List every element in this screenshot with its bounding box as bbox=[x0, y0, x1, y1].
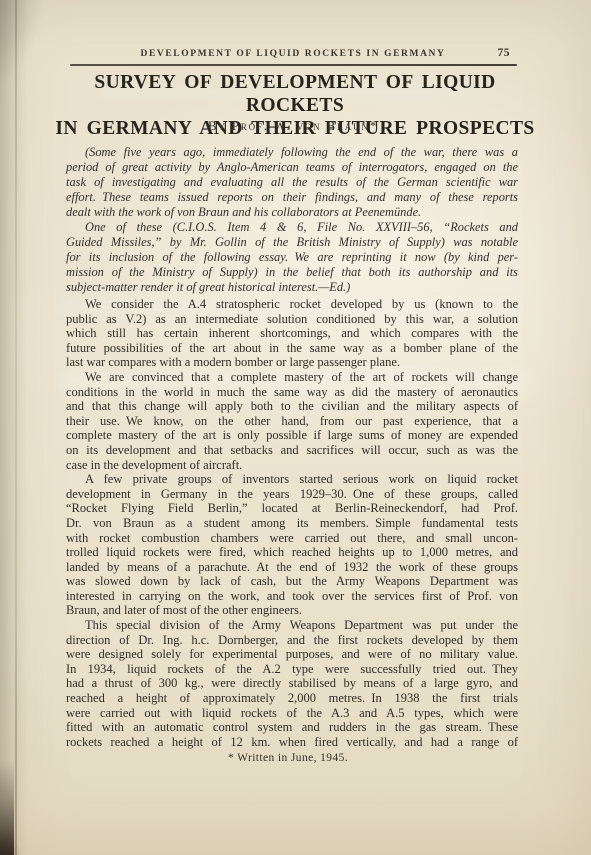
text-line: mission of the Ministry of Supply) in th… bbox=[66, 265, 518, 280]
footnote: * Written in June, 1945. bbox=[68, 752, 508, 764]
text-line: Braun, and later of most of the other en… bbox=[66, 603, 518, 618]
text-line: were designed solely for experimental pu… bbox=[66, 647, 518, 662]
text-line: trolled liquid rockets were fired, which… bbox=[66, 545, 518, 560]
text-line: and that this change will apply both to … bbox=[66, 399, 518, 414]
text-line: Dr. von Braun as a student among its mem… bbox=[66, 516, 518, 531]
text-line: development in Germany in the years 1929… bbox=[66, 487, 518, 502]
editorial-paragraph-1: (Some five years ago, immediately follow… bbox=[66, 145, 518, 220]
running-head-title: DEVELOPMENT OF LIQUID ROCKETS IN GERMANY bbox=[68, 49, 518, 59]
text-line: which still has certain inherent shortco… bbox=[66, 326, 518, 341]
text-line: This special division of the Army Weapon… bbox=[66, 618, 518, 633]
essay-body: We consider the A.4 stratospheric rocket… bbox=[66, 297, 518, 749]
text-line: had a thrust of 300 kg., were directly s… bbox=[66, 676, 518, 691]
page-number: 75 bbox=[498, 47, 511, 59]
text-line: reached a height of approximately 2,000 … bbox=[66, 691, 518, 706]
text-line: One of these (C.I.O.S. Item 4 & 6, File … bbox=[66, 220, 518, 235]
scanned-book-page: DEVELOPMENT OF LIQUID ROCKETS IN GERMANY… bbox=[0, 0, 591, 855]
text-line: “Rocket Flying Field Berlin,” located at… bbox=[66, 501, 518, 516]
text-line: direction of Dr. Ing. h.c. Dornberger, a… bbox=[66, 633, 518, 648]
body-paragraph-1: We consider the A.4 stratospheric rocket… bbox=[66, 297, 518, 370]
text-line: conditions in the world in much the same… bbox=[66, 385, 518, 400]
text-line: (Some five years ago, immediately follow… bbox=[66, 145, 518, 160]
byline: By Prof. W. von Braun* bbox=[68, 118, 518, 134]
text-line: We are convinced that a complete mastery… bbox=[66, 370, 518, 385]
body-paragraph-3: A few private groups of inventors starte… bbox=[66, 472, 518, 618]
text-line: We consider the A.4 stratospheric rocket… bbox=[66, 297, 518, 312]
text-line: public as V.2) as an intermediate soluti… bbox=[66, 312, 518, 327]
editorial-paragraph-2: One of these (C.I.O.S. Item 4 & 6, File … bbox=[66, 220, 518, 295]
text-line: was slowed down by lack of cash, but the… bbox=[66, 574, 518, 589]
text-line: landed by means of a parachute. At the e… bbox=[66, 560, 518, 575]
text-line: subject-matter render it of great histor… bbox=[66, 280, 518, 295]
top-left-edge-shadow bbox=[0, 0, 60, 190]
body-paragraph-4: This special division of the Army Weapon… bbox=[66, 618, 518, 749]
text-line: interested in carrying on the work, and … bbox=[66, 589, 518, 604]
text-line: were carried out with liquid rockets of … bbox=[66, 706, 518, 721]
text-line: complete mastery of the art is only poss… bbox=[66, 428, 518, 443]
bottom-left-page-edge bbox=[0, 760, 14, 855]
text-line: effort. These teams issued reports on th… bbox=[66, 190, 518, 205]
text-line: for its inclusion of the following essay… bbox=[66, 250, 518, 265]
text-line: Guided Missiles,” by Mr. Gollin of the B… bbox=[66, 235, 518, 250]
text-line: last war compares with a modern bomber o… bbox=[66, 355, 518, 370]
body-paragraph-2: We are convinced that a complete mastery… bbox=[66, 370, 518, 472]
editorial-note: (Some five years ago, immediately follow… bbox=[66, 145, 518, 295]
text-line: rockets reached a height of 12 km. when … bbox=[66, 735, 518, 750]
running-head: DEVELOPMENT OF LIQUID ROCKETS IN GERMANY… bbox=[68, 49, 518, 63]
text-line: case in the development of aircraft. bbox=[66, 458, 518, 473]
text-line: task of investigating and evaluating all… bbox=[66, 175, 518, 190]
text-line: with rocket combustion chambers were car… bbox=[66, 531, 518, 546]
text-line: on its development and that setbacks and… bbox=[66, 443, 518, 458]
text-line: their use. We know, on the other hand, f… bbox=[66, 414, 518, 429]
text-line: period of great activity by Anglo-Americ… bbox=[66, 160, 518, 175]
running-head-rule bbox=[70, 64, 517, 66]
text-line: dealt with the work of von Braun and his… bbox=[66, 205, 518, 220]
text-line: fitted with an automatic control system … bbox=[66, 720, 518, 735]
text-line: future possibilities of the art about in… bbox=[66, 341, 518, 356]
text-line: A few private groups of inventors starte… bbox=[66, 472, 518, 487]
text-line: In 1934, liquid rockets of the A.2 type … bbox=[66, 662, 518, 677]
article-title-line1: SURVEY OF DEVELOPMENT OF LIQUID ROCKETS bbox=[55, 71, 535, 117]
